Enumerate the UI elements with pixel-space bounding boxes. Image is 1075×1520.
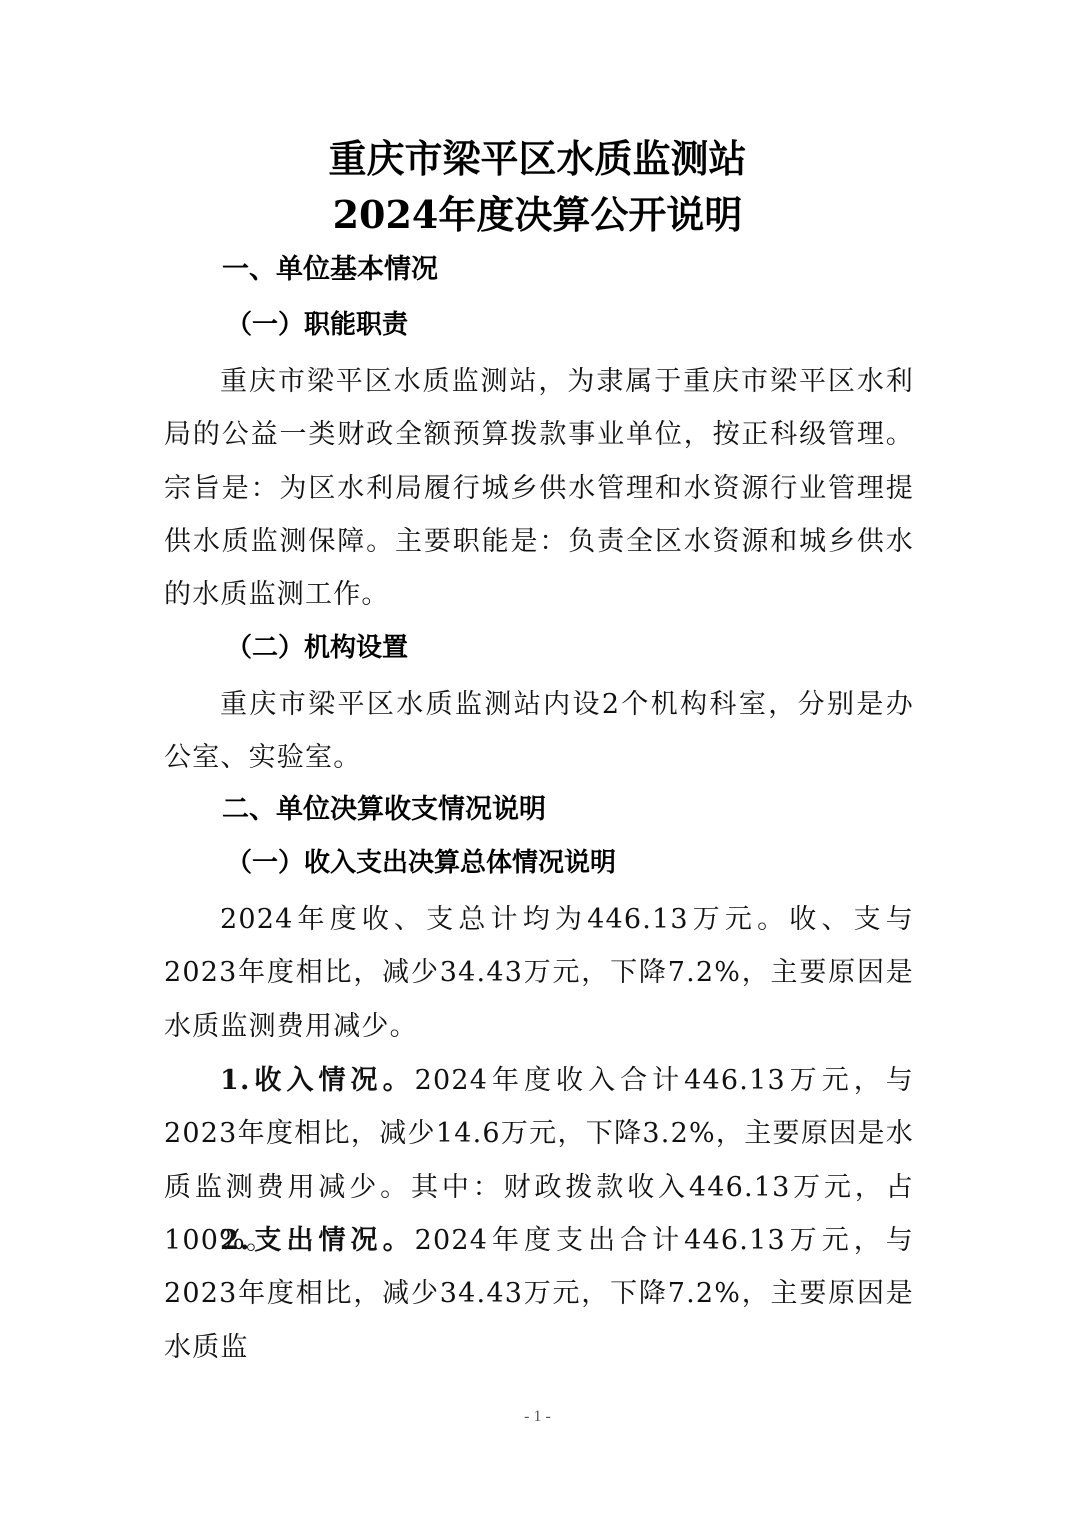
subsection-heading-duties: （一）职能职责	[226, 305, 408, 345]
document-title-line1: 重庆市梁平区水质监测站	[0, 134, 1075, 184]
section-heading-budget: 二、单位决算收支情况说明	[222, 790, 546, 830]
subsection-heading-organization: （二）机构设置	[226, 628, 408, 668]
paragraph-overall: 2024年度收、支总计均为446.13万元。收、支与2023年度相比，减少34.…	[164, 893, 914, 1053]
paragraph-organization: 重庆市梁平区水质监测站内设2个机构科室，分别是办公室、实验室。	[164, 678, 914, 785]
income-lead: 1.收入情况。	[220, 1065, 415, 1096]
document-page: 重庆市梁平区水质监测站 2024年度决算公开说明 一、单位基本情况 （一）职能职…	[0, 0, 1075, 1520]
paragraph-expenditure: 2.支出情况。2024年度支出合计446.13万元，与2023年度相比，减少34…	[164, 1214, 914, 1374]
section-heading-basic-info: 一、单位基本情况	[222, 250, 438, 290]
expenditure-lead: 2.支出情况。	[220, 1225, 415, 1256]
page-number: - 1 -	[0, 1408, 1075, 1426]
document-title-line2: 2024年度决算公开说明	[0, 190, 1075, 240]
subsection-heading-overall: （一）收入支出决算总体情况说明	[226, 843, 616, 883]
paragraph-duties: 重庆市梁平区水质监测站，为隶属于重庆市梁平区水利局的公益一类财政全额预算拨款事业…	[164, 355, 914, 621]
